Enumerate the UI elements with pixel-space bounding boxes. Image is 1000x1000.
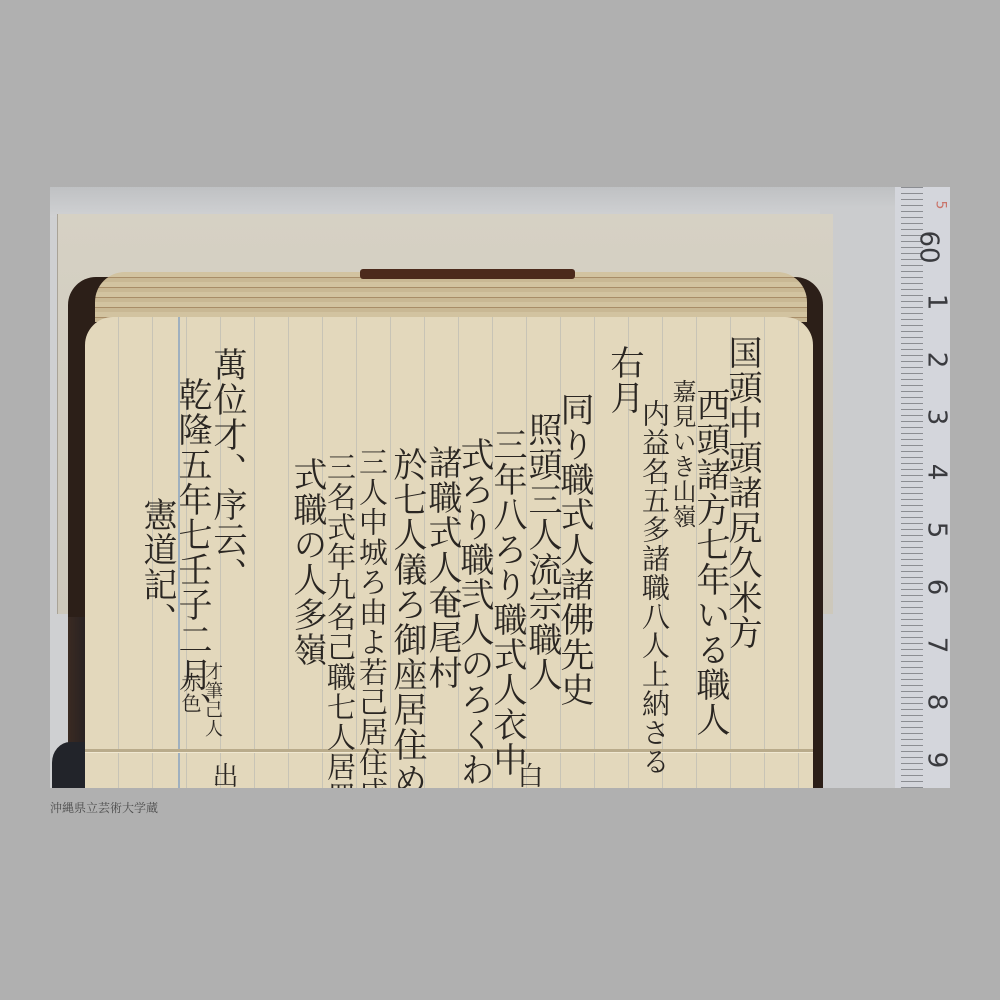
- ruler-number: 4: [922, 464, 950, 481]
- handwriting-column: 三名式年九名己職七人居置: [325, 452, 354, 788]
- handwriting-column: 於七人儀ろ御座居住め: [390, 447, 424, 788]
- handwriting-column: 内益名五多諸職八人上納さる: [640, 399, 668, 776]
- handwriting-column: 式ろり職弐人のろくわ: [457, 437, 491, 787]
- handwriting-column: 式職の人多嶺: [290, 457, 324, 667]
- collection-caption: 沖縄県立芸術大学蔵: [50, 799, 158, 816]
- bookmark-tab: [360, 269, 575, 279]
- handwriting-note-red: 赤色: [180, 672, 200, 714]
- handwriting-column: 諸職式人奄尾村: [425, 445, 459, 690]
- ruler-number: 8: [922, 694, 950, 711]
- ruler-number: 5: [922, 522, 950, 539]
- handwriting-column: 右月: [607, 345, 641, 415]
- page-fold: [85, 749, 813, 752]
- handwriting-column: 同り職式人諸佛先史: [557, 392, 591, 707]
- ruler-number: 6: [922, 579, 950, 596]
- ruler-number: 1: [922, 294, 950, 311]
- ruler-number: 60: [913, 230, 943, 263]
- measurement-ruler: 5 60 1 2 3 4 5 6 7 8 9: [895, 187, 950, 788]
- handwriting-column: 西頭諸方七年いる職人: [693, 387, 727, 737]
- ruler-number: 9: [922, 752, 950, 769]
- archival-photograph: 国頭中頭諸尻久米方 西頭諸方七年いる職人 嘉見いき山嶺 内益名五多諸職八人上納さ…: [50, 187, 950, 788]
- handwriting-note: 才筆己人: [203, 662, 221, 738]
- ruler-mark: 5: [933, 201, 949, 210]
- handwriting-column: 憲道記、: [140, 497, 174, 637]
- ruler-number: 3: [922, 409, 950, 426]
- ruler-number: 2: [922, 352, 950, 369]
- handwriting-column: 萬位才、序云、: [210, 347, 244, 592]
- handwriting-fragment: 白: [515, 762, 541, 788]
- handwriting-column: 三人中城ろ由よ若己居住成: [357, 447, 386, 788]
- backdrop: [50, 187, 900, 217]
- handwriting-fragment: 出: [210, 762, 236, 788]
- handwriting-column: 嘉見いき山嶺: [670, 379, 694, 529]
- handwriting-column: 三年八ろり職式人衣中: [490, 427, 524, 777]
- ruler-number: 7: [922, 637, 950, 654]
- notebook-page: 国頭中頭諸尻久米方 西頭諸方七年いる職人 嘉見いき山嶺 内益名五多諸職八人上納さ…: [85, 317, 813, 788]
- handwriting-column: 国頭中頭諸尻久米方: [725, 335, 759, 650]
- page-edges: [95, 272, 807, 322]
- handwriting-column: 照頭三人流宗職人: [525, 412, 559, 692]
